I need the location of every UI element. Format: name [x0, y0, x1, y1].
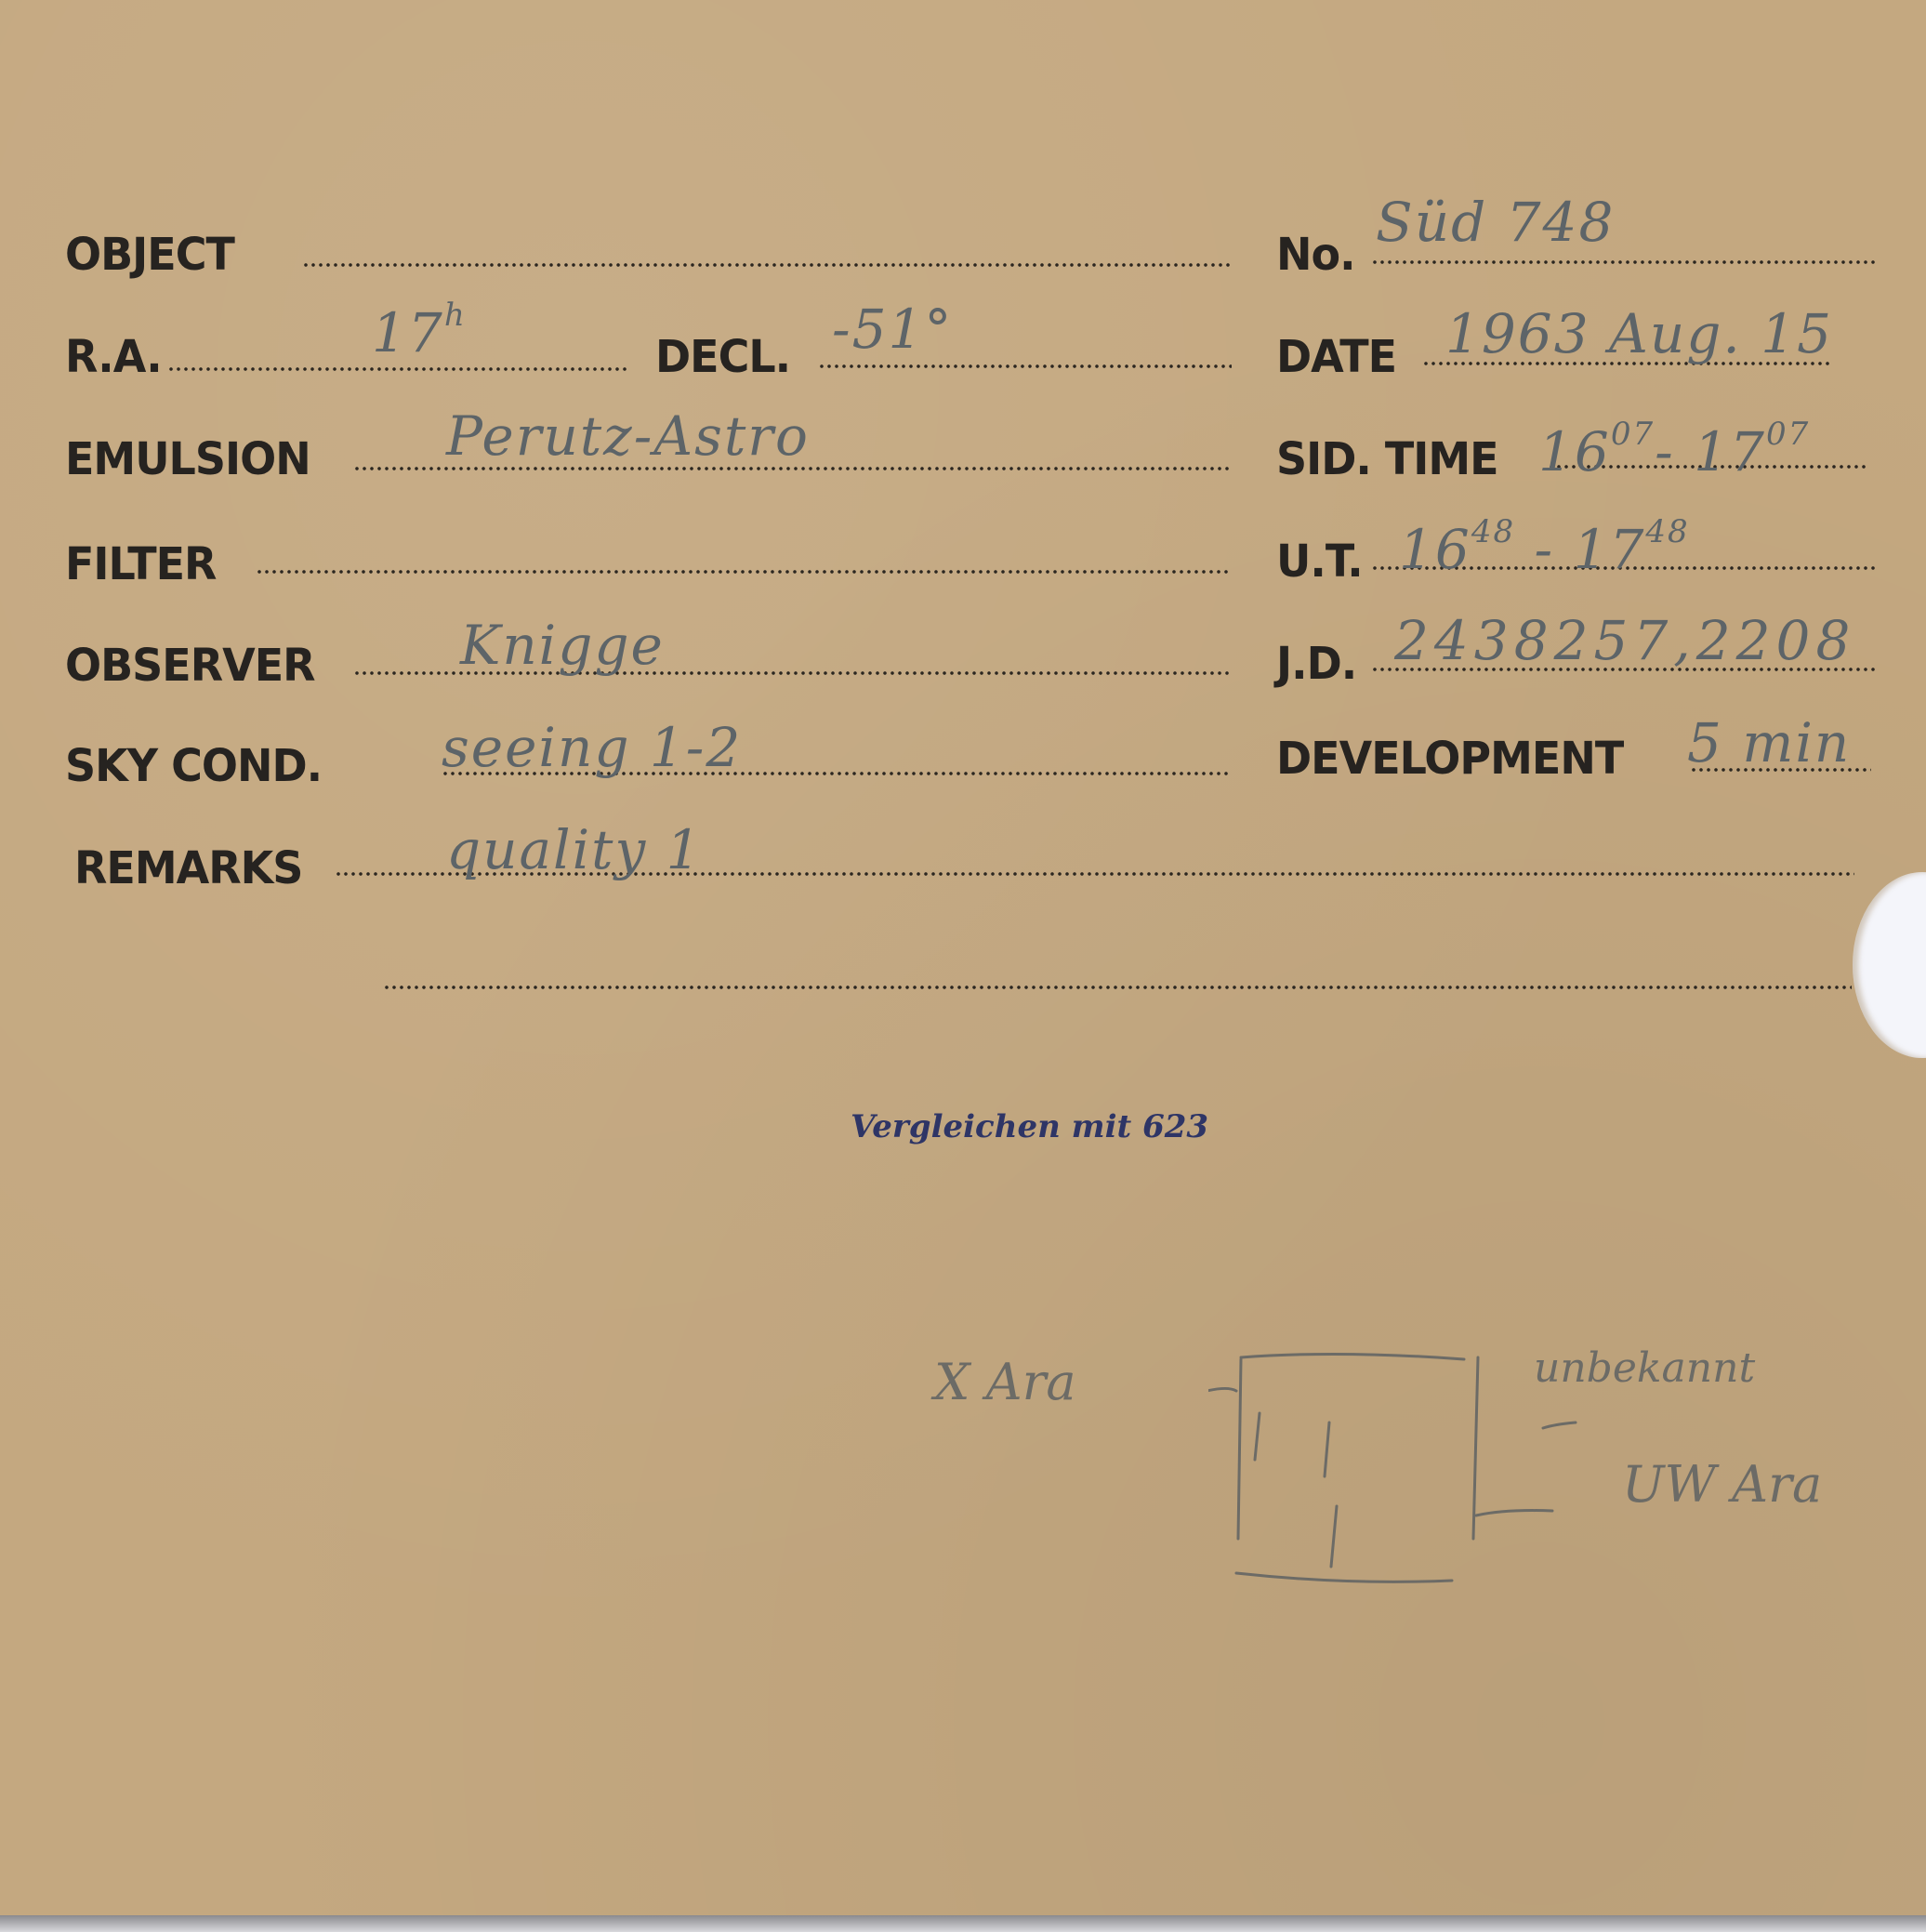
observer-value: Knigge — [460, 618, 665, 672]
label-observer: OBSERVER — [65, 642, 315, 687]
pencil-note-uw-ara: UW Ara — [1622, 1460, 1822, 1510]
remarks-value: quality 1 — [446, 823, 703, 877]
label-ra: R.A. — [65, 334, 162, 378]
label-number: No. — [1276, 232, 1355, 276]
date-value: 1963 Aug. 15 — [1445, 307, 1833, 361]
filter-line — [256, 570, 1232, 574]
pencil-field-sketch-icon — [1208, 1339, 1580, 1618]
ut-value: 1648 - 1748 — [1399, 516, 1690, 576]
scan-bottom-edge — [0, 1915, 1926, 1932]
label-jd: J.D. — [1276, 641, 1356, 685]
pencil-note-x-ara: X Ara — [934, 1357, 1076, 1408]
ra-value: 17h — [372, 299, 467, 360]
label-ut: U.T. — [1276, 538, 1363, 583]
decl-line — [818, 364, 1232, 368]
label-filter: FILTER — [65, 541, 216, 586]
label-emulsion: EMULSION — [65, 436, 310, 481]
number-value: Süd 748 — [1376, 195, 1615, 249]
label-sid-time: SID. TIME — [1276, 436, 1498, 481]
ra-line — [167, 367, 627, 371]
label-remarks: REMARKS — [74, 845, 302, 890]
comparison-stamp: Vergleichen mit 623 — [851, 1108, 1208, 1145]
plate-envelope-card: OBJECT R.A. 17h DECL. -51° EMULSION Peru… — [0, 0, 1926, 1915]
decl-value: -51° — [832, 302, 953, 356]
label-sky-cond: SKY COND. — [65, 743, 322, 787]
extra-remarks-line — [383, 986, 1852, 989]
number-line — [1371, 260, 1878, 264]
sky-cond-value: seeing 1-2 — [442, 721, 742, 774]
label-decl: DECL. — [655, 334, 790, 378]
sid-time-value: 1607- 1707 — [1538, 418, 1810, 479]
emulsion-value: Perutz-Astro — [446, 409, 810, 463]
label-development: DEVELOPMENT — [1276, 735, 1623, 780]
development-value: 5 min — [1687, 716, 1851, 770]
thumb-notch — [1853, 872, 1926, 1058]
label-date: DATE — [1276, 334, 1396, 378]
jd-value: 2438257,2208 — [1394, 614, 1855, 668]
object-line — [302, 263, 1232, 267]
label-object: OBJECT — [65, 232, 234, 276]
